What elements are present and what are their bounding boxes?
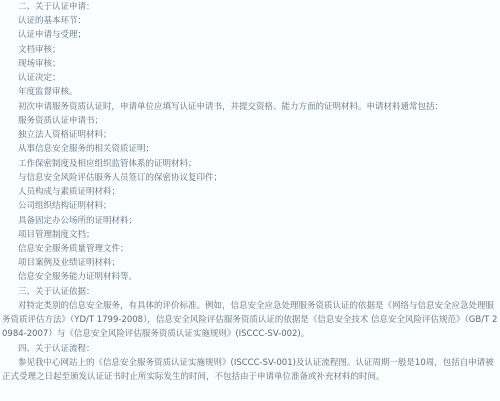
paragraph: 对特定类别的信息安全服务，有具体的评价标准。例如，信息安全应急处理服务资质认证的…: [2, 299, 498, 342]
section-heading: 四、关于认证流程：: [2, 342, 498, 356]
paragraph: 信息安全服务质量管理文件；: [2, 242, 498, 256]
paragraph: 具备固定办公场所的证明材料；: [2, 214, 498, 228]
paragraph: 认证申请与受理；: [2, 28, 498, 42]
paragraph: 从事信息安全服务的相关资质证明；: [2, 142, 498, 156]
paragraph: 文档审核；: [2, 43, 498, 57]
paragraph: 独立法人资格证明材料；: [2, 128, 498, 142]
paragraph: 认证决定；: [2, 71, 498, 85]
paragraph: 项目案例及业绩证明材料；: [2, 256, 498, 270]
paragraph: 工作保密制度及相应组织监管体系的证明材料；: [2, 157, 498, 171]
section-heading: 二、关于认证申请：: [2, 0, 498, 14]
paragraph: 与信息安全风险评估服务人员签订的保密协议复印件；: [2, 171, 498, 185]
paragraph: 认证的基本环节：: [2, 14, 498, 28]
document-body: 二、关于认证申请：认证的基本环节：认证申请与受理；文档审核；现场审核；认证决定；…: [0, 0, 500, 401]
paragraph: 参见我中心网站上的《信息安全服务资质认证实施规则》(ISCCC-SV-001)及…: [2, 356, 498, 384]
paragraph: 年度监督审核。: [2, 85, 498, 99]
paragraph: 现场审核；: [2, 57, 498, 71]
section-heading: 三、关于认证依据：: [2, 285, 498, 299]
paragraph: 人员构成与素质证明材料；: [2, 185, 498, 199]
paragraph: 公司组织结构证明材料；: [2, 199, 498, 213]
paragraph: 服务资质认证申请书；: [2, 114, 498, 128]
paragraph: 项目管理制度文档；: [2, 228, 498, 242]
paragraph: 信息安全服务能力证明材料等。: [2, 270, 498, 284]
paragraph: 初次申请服务资质认证时，申请单位应填写认证申请书，并提交资格、能力方面的证明材料…: [2, 100, 498, 114]
